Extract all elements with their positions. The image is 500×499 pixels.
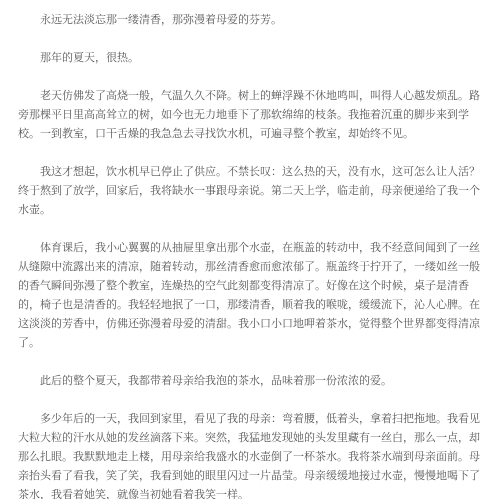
paragraph: 那年的夏天，很热。 bbox=[18, 49, 482, 68]
paragraph: 多少年后的一天，我回到家里，看见了我的母亲：弯着腰，低着头，拿着扫把拖地。我看见… bbox=[18, 410, 482, 499]
article-body: 永远无法淡忘那一缕清香，那弥漫着母爱的芬芳。那年的夏天，很热。老天仿佛发了高烧一… bbox=[18, 11, 482, 499]
paragraph: 我这才想起，饮水机早已停止了供应。不禁长叹：这么热的天，没有水，这可怎么让人活？… bbox=[18, 163, 482, 220]
paragraph: 老天仿佛发了高烧一般，气温久久不降。树上的蝉浮躁不休地鸣叫，叫得人心越发烦乱。路… bbox=[18, 87, 482, 144]
article: 永远无法淡忘那一缕清香，那弥漫着母爱的芬芳。那年的夏天，很热。老天仿佛发了高烧一… bbox=[0, 0, 500, 499]
paragraph: 体育课后，我小心翼翼的从抽屉里拿出那个水壶，在瓶盖的转动中，我不经意间闻到了一丝… bbox=[18, 239, 482, 353]
paragraph: 此后的整个夏天，我都带着母亲给我泡的茶水，品味着那一份浓浓的爱。 bbox=[18, 372, 482, 391]
paragraph: 永远无法淡忘那一缕清香，那弥漫着母爱的芬芳。 bbox=[18, 11, 482, 30]
